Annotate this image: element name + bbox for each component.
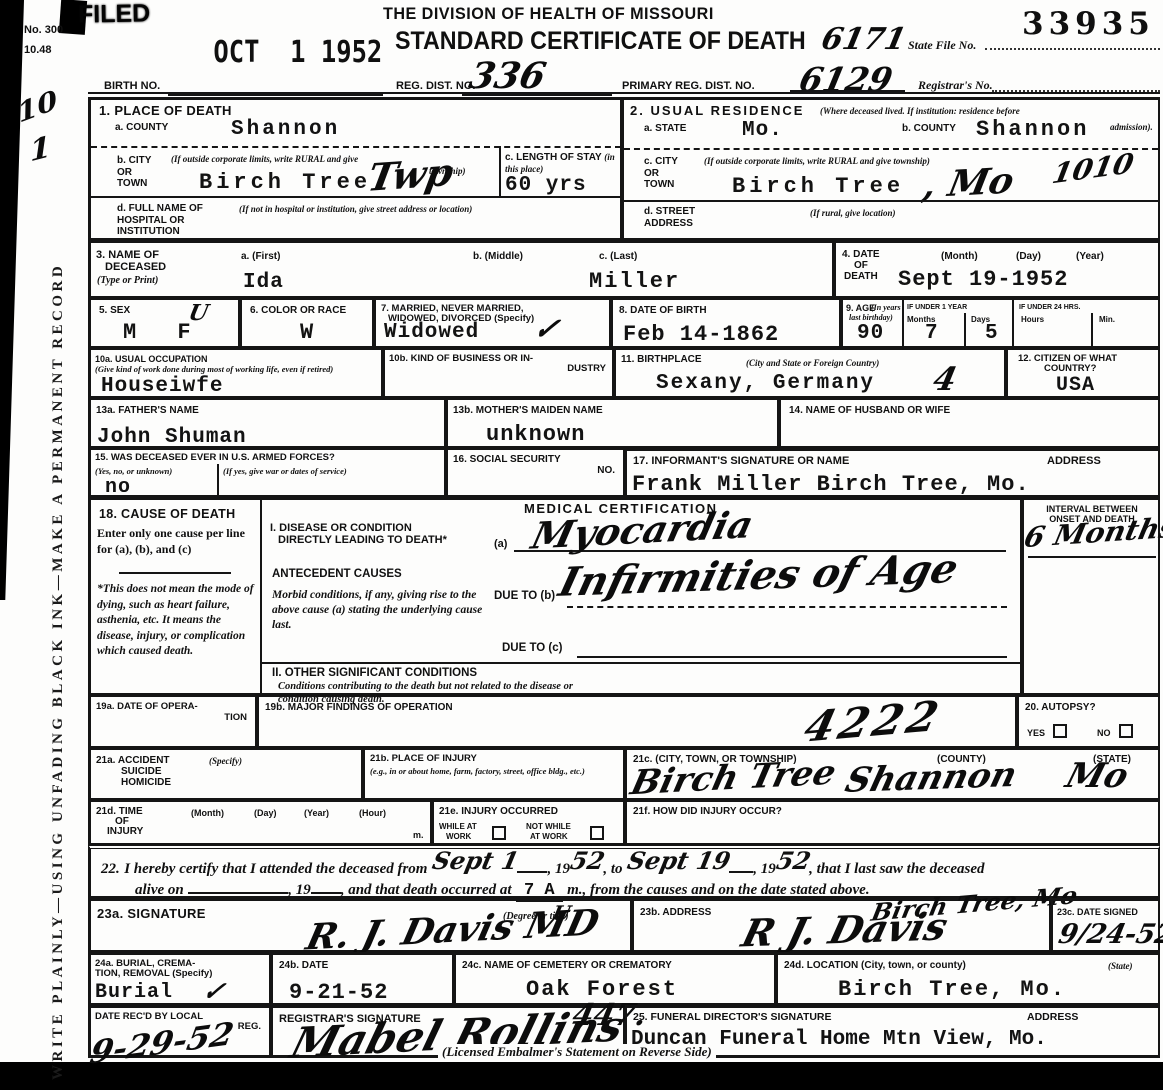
box-accident-suicide-homicide: 21a. ACCIDENT SUICIDE HOMICIDE (Specify) xyxy=(88,748,363,800)
b3-title-fine: (Type or Print) xyxy=(97,275,158,287)
box-autopsy: 20. AUTOPSY? YES NO xyxy=(1017,695,1160,748)
b11-value: Sexany, Germany xyxy=(656,372,875,395)
form-revision: 10.48 xyxy=(24,44,52,57)
reg-dist-label: REG. DIST. NO. xyxy=(396,80,475,93)
b3-title: 3. NAME OF xyxy=(96,249,159,262)
b21b-fine: (e.g., in or about home, farm, factory, … xyxy=(370,766,600,776)
form-number: No. 300 xyxy=(24,24,63,37)
box-name-of-deceased: 3. NAME OF DECEASED (Type or Print) a. (… xyxy=(88,240,834,298)
b10a-value: Houseiwfe xyxy=(101,375,223,398)
b9-title-fine: (In years xyxy=(871,303,901,313)
b19a-title: 19a. DATE OF OPERA- xyxy=(96,702,198,713)
b21e-while-checkbox[interactable] xyxy=(492,826,506,840)
b1-city-hand-twp: Twp xyxy=(364,149,457,200)
b20-no-label: NO xyxy=(1097,728,1111,738)
b10b-title: 10b. KIND OF BUSINESS OR IN- xyxy=(389,354,533,365)
b16-title: 16. SOCIAL SECURITY xyxy=(453,454,561,466)
filed-stamp-date-text: OCT 1 1952 xyxy=(213,35,382,70)
margin-hand-mark-1: 1 xyxy=(29,130,52,169)
b4-title: 4. DATE xyxy=(842,249,880,261)
b13b-value: unknown xyxy=(486,422,585,447)
b21e-while-label1: WHILE AT xyxy=(439,822,477,831)
b21d-year-label: (Year) xyxy=(304,808,329,818)
box-injury-occurred: 21e. INJURY OCCURRED WHILE AT WORK NOT W… xyxy=(432,800,625,845)
b3-last-value: Miller xyxy=(589,269,680,294)
b22-p4: , 19 xyxy=(753,861,776,877)
b2-street-fine: (If rural, give location) xyxy=(810,208,896,219)
rule-line xyxy=(1012,300,1014,346)
b17-address-label: ADDRESS xyxy=(1047,455,1101,468)
b22-p2: , 19 xyxy=(547,861,570,877)
b4-month-label: (Month) xyxy=(941,251,978,263)
b21c-state-hand: Mo xyxy=(1061,756,1133,796)
b18-title: 18. CAUSE OF DEATH xyxy=(99,507,235,521)
rule-line xyxy=(902,300,904,346)
box-cause-of-death-notes: 18. CAUSE OF DEATH Enter only one cause … xyxy=(88,497,262,695)
b2-title-fine: (Where deceased lived. If institution: r… xyxy=(820,106,1150,117)
b18-disease-label: I. DISEASE OR CONDITION xyxy=(270,522,412,535)
death-certificate-scan: No. 300 10.48 10 1 WRITE PLAINLY—USING U… xyxy=(0,0,1163,1090)
b22-p6: alive on xyxy=(135,882,184,898)
b16-title2: NO. xyxy=(597,465,615,477)
b9-days-value: 5 xyxy=(985,322,999,345)
b24b-value: 9-21-52 xyxy=(289,980,388,1005)
state-file-label: State File No. xyxy=(908,38,976,52)
header-title-handwritten-number: 6171 xyxy=(818,22,909,57)
b22-no: 22. xyxy=(101,861,120,877)
b22-p9: m., from the causes and on the date stat… xyxy=(567,882,870,898)
b1-stay-label: c. LENGTH OF STAY (in this place) xyxy=(505,152,620,175)
filed-stamp: FILED xyxy=(78,0,151,30)
box-husband-or-wife: 14. NAME OF HUSBAND OR WIFE xyxy=(779,398,1160,448)
rule-line xyxy=(577,656,1007,658)
b2-title: 2. USUAL RESIDENCE xyxy=(630,104,804,119)
b24d-title: 24d. LOCATION (City, town, or county) xyxy=(784,960,966,972)
b2-city-value: Birch Tree xyxy=(732,174,904,199)
b21a-title: 21a. ACCIDENT xyxy=(96,755,170,767)
b21a-title2: SUICIDE xyxy=(121,766,162,778)
b18-cause-b-hand: Infirmities of Age xyxy=(554,545,963,606)
b21e-while-label2: WORK xyxy=(446,832,471,841)
b10a-title: 10a. USUAL OCCUPATION xyxy=(95,354,208,364)
b2-title-fine2: admission). xyxy=(1110,122,1153,133)
b13b-title: 13b. MOTHER'S MAIDEN NAME xyxy=(453,405,603,417)
b1-city-value: Birch Tree xyxy=(199,170,371,195)
b10a-fine: (Give kind of work done during most of w… xyxy=(95,364,380,374)
b22-p3: , to xyxy=(603,861,622,877)
b4-value: Sept 19-1952 xyxy=(898,267,1068,292)
b5-title: 5. SEX xyxy=(99,305,130,317)
b18-a-tag: (a) xyxy=(494,538,507,551)
b9-months-value: 7 xyxy=(925,322,939,345)
b18-antecedent-label: ANTECEDENT CAUSES xyxy=(272,568,402,581)
rule-line xyxy=(964,313,966,346)
b21d-title3: INJURY xyxy=(107,826,143,838)
b21b-title: 21b. PLACE OF INJURY xyxy=(370,754,477,765)
box-mothers-maiden-name: 13b. MOTHER'S MAIDEN NAME unknown xyxy=(446,398,779,448)
b2-county-label: b. COUNTY xyxy=(902,123,956,135)
box-birthplace: 11. BIRTHPLACE (City and State or Foreig… xyxy=(614,348,1006,398)
b9-min-label: Min. xyxy=(1099,315,1115,324)
box-informant: 17. INFORMANT'S SIGNATURE OR NAME ADDRES… xyxy=(625,448,1160,497)
box-usual-occupation: 10a. USUAL OCCUPATION (Give kind of work… xyxy=(88,348,383,398)
box-interval-onset-death: INTERVAL BETWEEN ONSET AND DEATH 6 Month… xyxy=(1022,497,1160,695)
b25-title: 25. FUNERAL DIRECTOR'S SIGNATURE xyxy=(633,1011,832,1023)
b7-hand-check: ✓ xyxy=(530,312,563,347)
box-cemetery-location: 24d. LOCATION (City, town, or county) (S… xyxy=(776,952,1160,1005)
box-injury-location: 21c. (CITY, TOWN, OR TOWNSHIP) (COUNTY) … xyxy=(625,748,1160,800)
box-sex: 5. SEX U M F xyxy=(88,298,240,348)
box-age: 9. AGE (In years last birthday) 90 IF UN… xyxy=(841,298,1160,348)
b22-p7: , 19 xyxy=(288,882,311,898)
box-burial-date: 24b. DATE 9-21-52 xyxy=(271,952,454,1005)
box-medical-certification: MEDICAL CERTIFICATION I. DISEASE OR COND… xyxy=(260,497,1022,695)
rule-line xyxy=(1028,556,1156,558)
margin-vertical-note: WRITE PLAINLY—USING UNFADING BLACK INK—M… xyxy=(50,150,67,1080)
b24c-title: 24c. NAME OF CEMETERY OR CREMATORY xyxy=(462,960,672,972)
b2-city-hand-1010: 1010 xyxy=(1050,147,1137,191)
b17-value: Frank Miller Birch Tree, Mo. xyxy=(632,472,1030,497)
b21c-county-hand: Shannon xyxy=(841,755,1021,801)
margin-hand-mark-10: 10 xyxy=(15,84,60,129)
box-marital-status: 7. MARRIED, NEVER MARRIED, WIDOWED, DIVO… xyxy=(374,298,611,348)
b15-fine2: (If yes, give war or dates of service) xyxy=(223,466,347,476)
b22-p8: , and that death occurred at xyxy=(341,882,512,898)
rule-line xyxy=(262,662,1020,664)
birth-no-blank xyxy=(168,94,383,96)
reg-dist-value: 336 xyxy=(466,55,550,97)
b3-title2: DECEASED xyxy=(105,261,166,274)
b2-state-value: Mo. xyxy=(742,119,783,142)
b1-hospital-fine: (If not in hospital or institution, give… xyxy=(239,204,609,215)
b11-title: 11. BIRTHPLACE xyxy=(621,354,702,366)
scan-bar-bottom xyxy=(0,1062,1163,1090)
b13a-value: John Shuman xyxy=(97,426,247,449)
b15-title: 15. WAS DECEASED EVER IN U.S. ARMED FORC… xyxy=(95,453,335,464)
box-date-of-operation: 19a. DATE OF OPERA- TION xyxy=(88,695,257,748)
scan-edge-left xyxy=(0,0,24,600)
filed-stamp-text: FILED xyxy=(78,0,151,29)
filed-stamp-date: OCT 1 1952 xyxy=(152,0,382,70)
b1-city-label: b. CITY OR TOWN xyxy=(117,155,163,190)
b4-year-label: (Year) xyxy=(1076,251,1104,263)
b18-disease-label2: DIRECTLY LEADING TO DEATH* xyxy=(278,534,447,547)
b4-day-label: (Day) xyxy=(1016,251,1041,263)
embalmer-note: (Licensed Embalmer's Statement on Revers… xyxy=(438,1044,716,1060)
b21d-hour-label: (Hour) xyxy=(359,808,386,818)
b1-hospital-label: d. FULL NAME OF HOSPITAL OR INSTITUTION xyxy=(117,203,237,238)
rule-line xyxy=(119,572,231,574)
box-date-of-death: 4. DATE OF DEATH (Month) (Day) (Year) Se… xyxy=(834,240,1160,298)
b19b-title: 19b. MAJOR FINDINGS OF OPERATION xyxy=(265,702,453,714)
b2-county-value: Shannon xyxy=(976,117,1089,142)
state-file-number: 33935 xyxy=(1022,6,1155,42)
b2-city-label: c. CITY OR TOWN xyxy=(644,156,690,191)
b9-hours-label: Hours xyxy=(1021,315,1044,324)
b4-title3: DEATH xyxy=(844,271,878,283)
b5-value: M F xyxy=(123,320,205,345)
b15-value: no xyxy=(105,476,131,499)
b24a-hand-check: ✓ xyxy=(200,977,228,1007)
b18-note: Enter only one cause per line for (a), (… xyxy=(97,526,255,557)
rule-line xyxy=(567,606,1007,608)
b3-first-value: Ida xyxy=(243,271,284,294)
b21d-m-label: m. xyxy=(413,830,424,840)
b23a-title: 23a. SIGNATURE xyxy=(97,907,206,922)
b8-value: Feb 14-1862 xyxy=(623,322,779,347)
b3-middle-label: b. (Middle) xyxy=(473,251,523,263)
b12-value: USA xyxy=(1056,374,1095,397)
state-file-dotted-line xyxy=(985,48,1160,50)
b20-yes-label: YES xyxy=(1027,728,1045,738)
box-color-or-race: 6. COLOR OR RACE W xyxy=(240,298,374,348)
brec-title2: REG. xyxy=(238,1022,261,1033)
header-rule xyxy=(88,92,1160,94)
b23c-hand: 9/24-52 xyxy=(1056,919,1163,950)
b4-title2: OF xyxy=(854,260,868,272)
b21d-month-label: (Month) xyxy=(191,808,224,818)
header-agency: THE DIVISION OF HEALTH OF MISSOURI xyxy=(383,4,714,24)
b21a-title3: HOMICIDE xyxy=(121,777,171,789)
b22-line2: alive on , 19, and that death occurred a… xyxy=(135,878,870,900)
box-fathers-name: 13a. FATHER'S NAME John Shuman xyxy=(88,398,446,448)
b18-due-b-label: DUE TO (b) xyxy=(494,590,555,603)
box-kind-of-business: 10b. KIND OF BUSINESS OR IN- DUSTRY xyxy=(383,348,614,398)
b9-years-value: 90 xyxy=(857,322,884,345)
box-date-received: DATE REC'D BY LOCAL REG. 9-29-52 xyxy=(88,1005,271,1058)
b24d-state-fine: (State) xyxy=(1108,961,1133,972)
b21e-not-label1: NOT WHILE xyxy=(526,822,571,831)
b20-yes-checkbox[interactable] xyxy=(1053,724,1067,738)
b1-title: 1. PLACE OF DEATH xyxy=(99,104,232,119)
b23b-hand: R J. Davis xyxy=(737,903,952,955)
b11-hand: 4 xyxy=(930,360,960,398)
b13a-title: 13a. FATHER'S NAME xyxy=(96,405,199,417)
b1-stay-value: 60 yrs xyxy=(505,174,587,197)
b11-fine: (City and State or Foreign Country) xyxy=(746,358,879,369)
box-social-security: 16. SOCIAL SECURITY NO. xyxy=(446,448,625,497)
b6-title: 6. COLOR OR RACE xyxy=(250,305,346,317)
box-usual-residence: 2. USUAL RESIDENCE (Where deceased lived… xyxy=(622,97,1160,240)
registrar-no-label: Registrar's No. xyxy=(918,78,993,92)
b19b-hand: 4222 xyxy=(800,691,948,751)
b2-state-label: a. STATE xyxy=(644,123,686,135)
b17-title: 17. INFORMANT'S SIGNATURE OR NAME xyxy=(633,455,849,468)
b3-first-label: a. (First) xyxy=(241,251,280,263)
b19a-title2: TION xyxy=(224,713,247,724)
box-armed-forces: 15. WAS DECEASED EVER IN U.S. ARMED FORC… xyxy=(88,448,446,497)
b24d-value: Birch Tree, Mo. xyxy=(838,977,1066,1002)
b21e-not-checkbox[interactable] xyxy=(590,826,604,840)
b1-county-label: a. COUNTY xyxy=(115,122,168,134)
b18-morbid-note: Morbid conditions, if any, giving rise t… xyxy=(272,588,484,633)
b15-fine1: (Yes, no, or unknown) xyxy=(95,466,172,476)
b22-line1: 22. I hereby certify that I attended the… xyxy=(101,857,985,878)
b9-under1-label: IF UNDER 1 YEAR xyxy=(907,304,967,312)
b10a-title-text: 10a. USUAL OCCUPATION xyxy=(95,354,208,364)
b14-title: 14. NAME OF HUSBAND OR WIFE xyxy=(789,405,950,417)
b24a-value: Burial xyxy=(95,981,173,1004)
b21e-not-label2: AT WORK xyxy=(530,832,568,841)
b23c-title: 23c. DATE SIGNED xyxy=(1057,907,1138,917)
b24a-title2: TION, REMOVAL (Specify) xyxy=(95,969,212,980)
b3-last-label: c. (Last) xyxy=(599,251,637,263)
b25-address-label: ADDRESS xyxy=(1027,1011,1078,1023)
box-major-findings: 19b. MAJOR FINDINGS OF OPERATION 4222 xyxy=(257,695,1017,748)
rule-line xyxy=(91,196,621,198)
rule-line xyxy=(91,146,621,148)
box-citizenship: 12. CITIZEN OF WHAT COUNTRY? USA xyxy=(1006,348,1160,398)
box-date-of-birth: 8. DATE OF BIRTH Feb 14-1862 xyxy=(611,298,841,348)
rule-line xyxy=(217,464,219,495)
b21f-title: 21f. HOW DID INJURY OCCUR? xyxy=(633,806,782,818)
b22-p5: , that I last saw the deceased xyxy=(809,861,984,877)
b18-star-note: *This does not mean the mode of dying, s… xyxy=(97,582,257,660)
rule-line xyxy=(1091,313,1093,346)
b1-stay-label-text: c. LENGTH OF STAY xyxy=(505,152,602,163)
box-physician-signature: 23a. SIGNATURE U (Degree or title) R. J.… xyxy=(88,898,632,952)
b6-value: W xyxy=(300,320,314,345)
b23a-signature-hand: R. J. Davis MD xyxy=(302,902,603,959)
b20-title: 20. AUTOPSY? xyxy=(1025,702,1096,714)
b10b-title2: DUSTRY xyxy=(567,364,606,375)
b22-p1: I hereby certify that I attended the dec… xyxy=(124,861,427,877)
box-burial-type: 24a. BURIAL, CREMA- TION, REMOVAL (Speci… xyxy=(88,952,271,1005)
box-date-signed: 23c. DATE SIGNED 9/24-52 xyxy=(1051,898,1160,952)
rule-line xyxy=(624,148,1158,150)
b24b-title: 24b. DATE xyxy=(279,960,328,972)
b8-title: 8. DATE OF BIRTH xyxy=(619,305,707,317)
b7-value: Widowed xyxy=(384,321,479,344)
box-how-injury-occurred: 21f. HOW DID INJURY OCCUR? xyxy=(625,800,1160,845)
b18-due-c-label: DUE TO (c) xyxy=(502,642,563,655)
b2-street-label: d. STREET ADDRESS xyxy=(644,206,714,229)
primary-reg-label: PRIMARY REG. DIST. NO. xyxy=(622,80,755,93)
header-title: STANDARD CERTIFICATE OF DEATH xyxy=(395,27,806,56)
b21e-title: 21e. INJURY OCCURRED xyxy=(439,806,558,818)
birth-no-label: BIRTH NO. xyxy=(104,80,160,93)
box-place-of-death: 1. PLACE OF DEATH a. COUNTY Shannon b. C… xyxy=(88,97,622,240)
b9-under24-label: IF UNDER 24 HRS. xyxy=(1019,304,1080,312)
box-time-of-injury: 21d. TIME OF INJURY (Month) (Day) (Year)… xyxy=(88,800,432,845)
rule-line xyxy=(624,200,1158,202)
b18-other-label: II. OTHER SIGNIFICANT CONDITIONS xyxy=(272,667,477,680)
reg-dist-blank xyxy=(462,94,612,96)
b23b-title: 23b. ADDRESS xyxy=(640,907,711,919)
b1-county-value: Shannon xyxy=(231,118,340,141)
b20-no-checkbox[interactable] xyxy=(1119,724,1133,738)
embalmer-note-text: (Licensed Embalmer's Statement on Revers… xyxy=(442,1044,712,1059)
b21d-day-label: (Day) xyxy=(254,808,277,818)
box-place-of-injury: 21b. PLACE OF INJURY (e.g., in or about … xyxy=(363,748,625,800)
rule-line xyxy=(499,146,501,196)
box-physician-address: 23b. ADDRESS Birch Tree, Mo R J. Davis xyxy=(632,898,1051,952)
b21a-fine: (Specify) xyxy=(209,756,242,767)
